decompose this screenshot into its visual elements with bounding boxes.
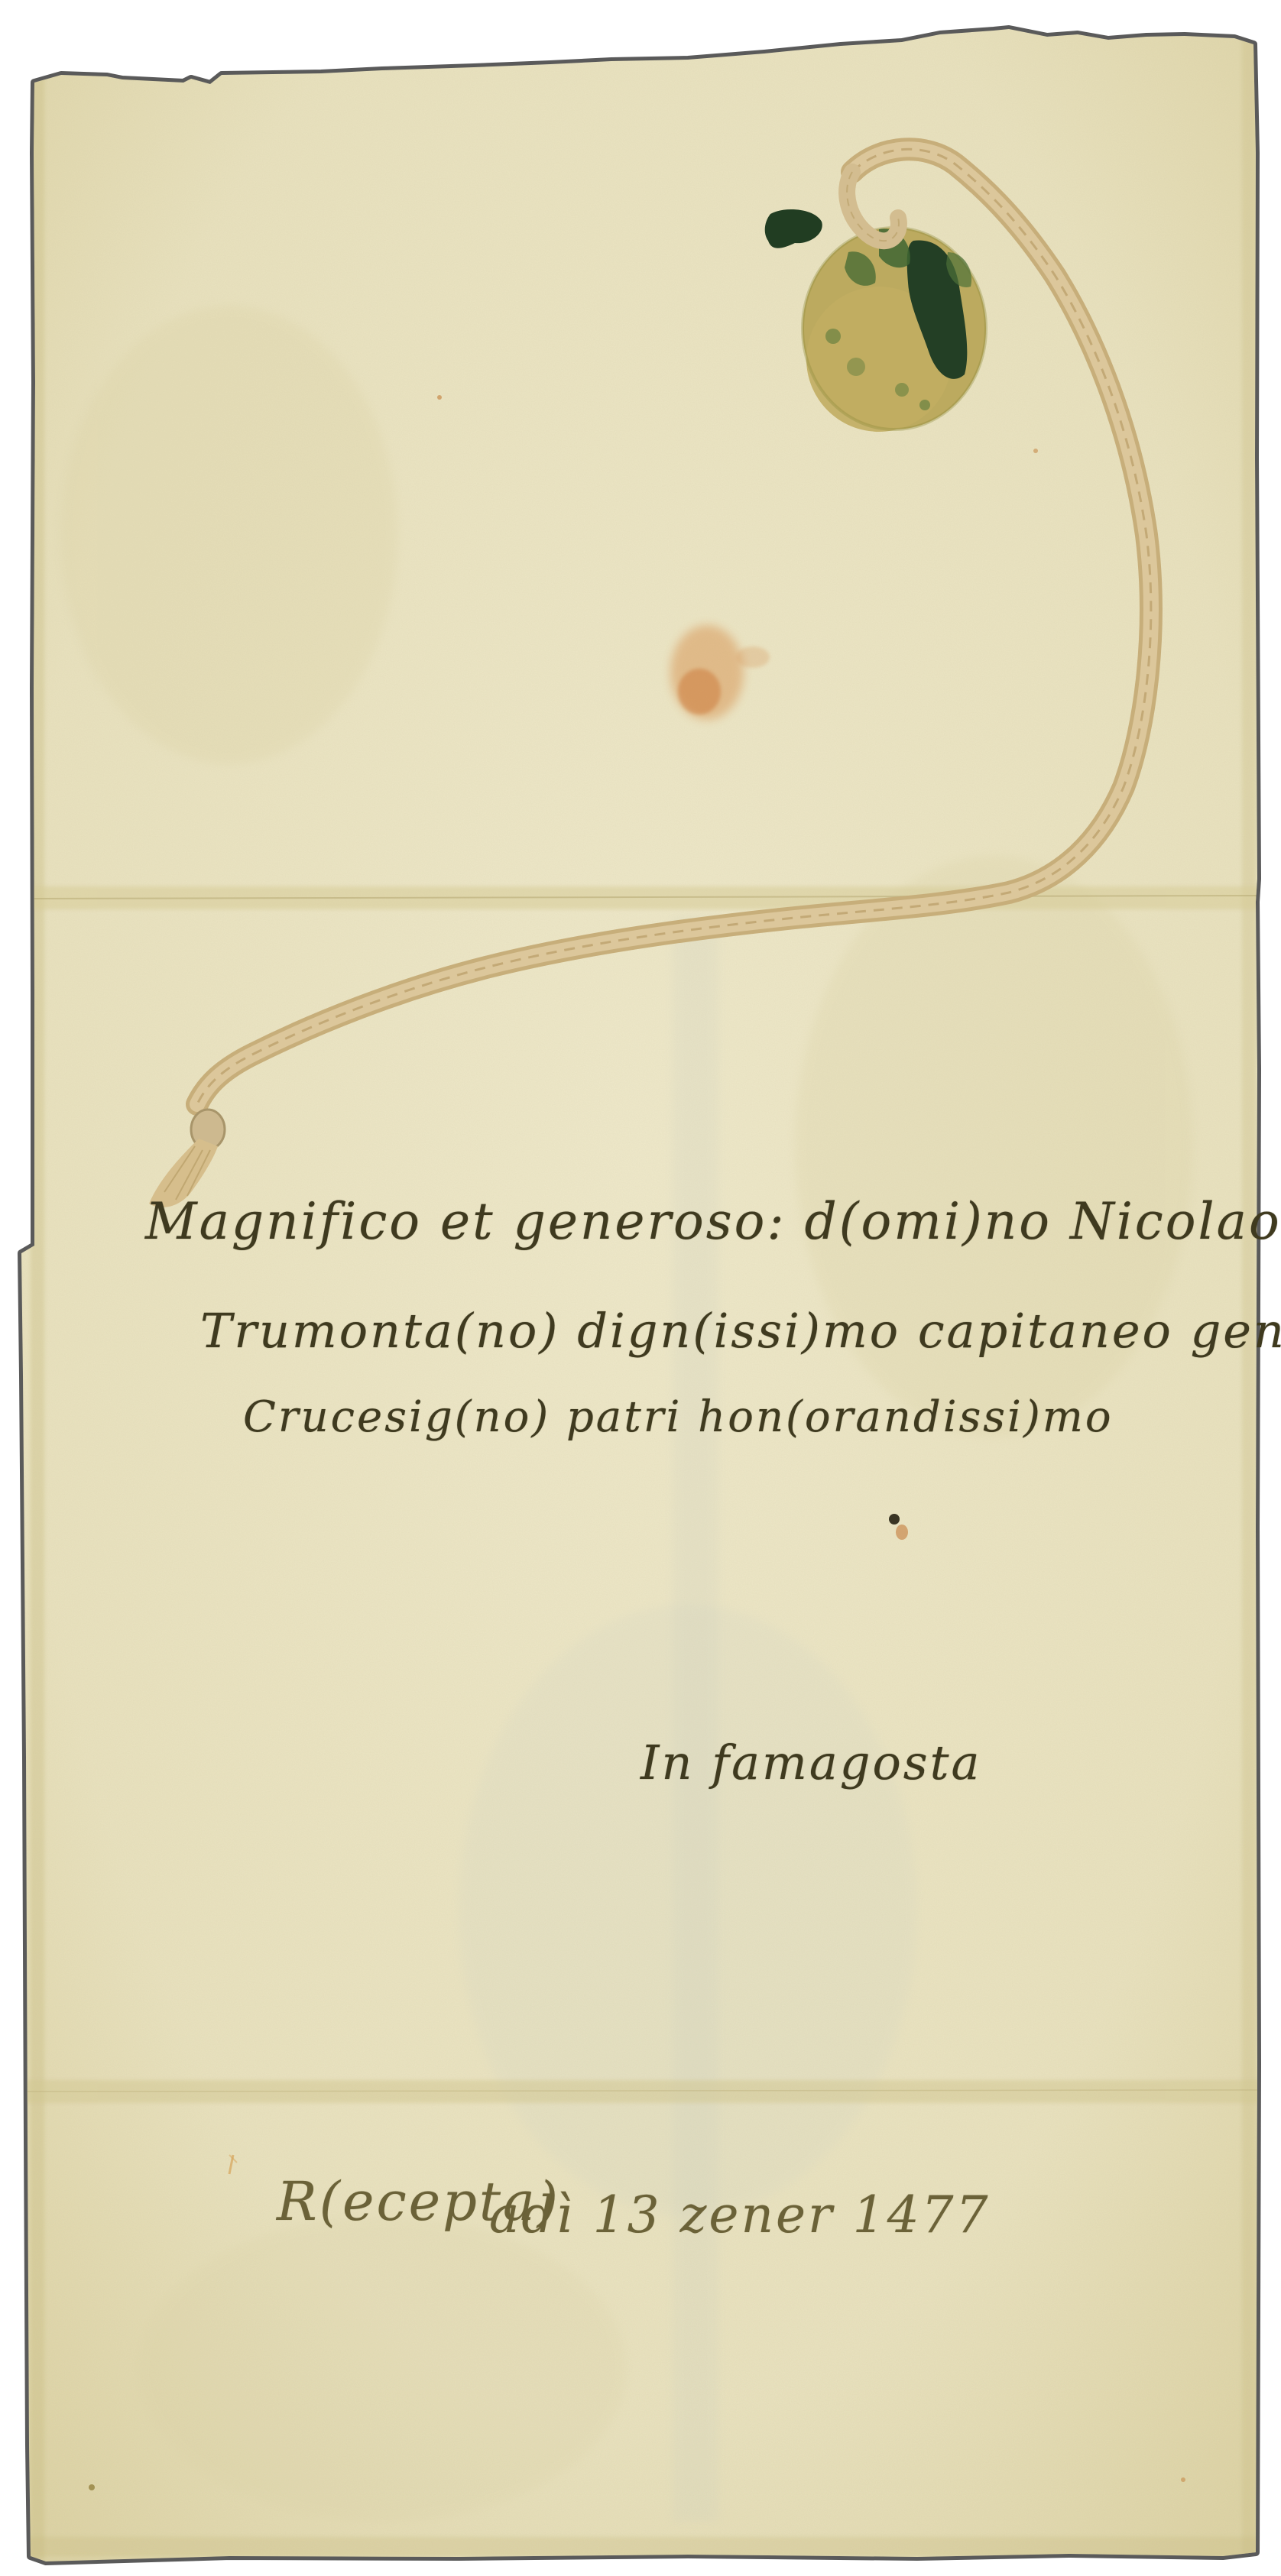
address-line-2: Trumonta(no) dign(issi)mo capitaneo gen(… [200,1303,1281,1359]
address-line-1: Magnifico et generoso: d(omi)no Nicolao [145,1192,1281,1251]
upper-fold-line [31,886,1261,909]
manuscript-letter-cover: Magnifico et generoso: d(omi)no Nicolao … [0,0,1281,2576]
destination-famagusta: In famagosta [640,1735,982,1790]
lower-fold-line [23,2080,1261,2103]
receipt-date: adì 13 zener 1477 [489,2186,991,2244]
address-line-3: Crucesig(no) patri hon(orandissi)mo [243,1392,1114,1442]
